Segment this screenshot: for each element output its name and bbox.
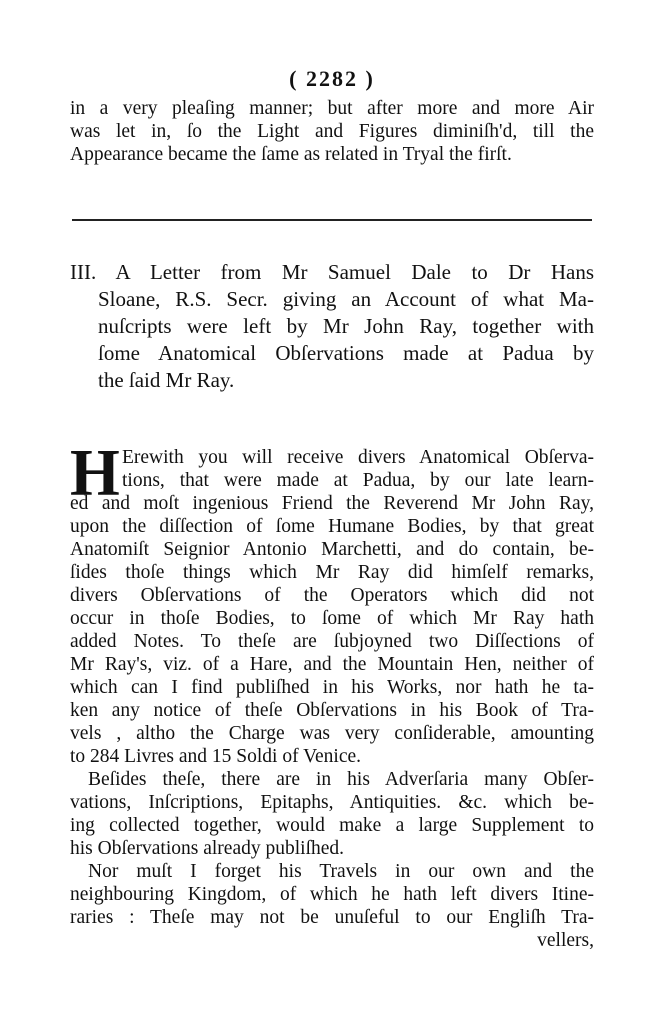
text-line: ing collected together, would make a lar… xyxy=(70,814,594,837)
text-line: Erewith you will receive divers Anatomic… xyxy=(70,446,594,469)
text-line: to 284 Livres and 15 Soldi of Venice. xyxy=(70,745,594,768)
text-line: raries : Theſe may not be unuſeful to ou… xyxy=(70,906,594,929)
text-line: was let in, ſo the Light and Figures dim… xyxy=(70,120,594,143)
title-line: ſome Anatomical Obſervations made at Pad… xyxy=(70,340,594,367)
text-line: in a very pleaſing manner; but after mor… xyxy=(70,97,594,120)
title-line: nuſcripts were left by Mr John Ray, toge… xyxy=(70,313,594,340)
text-line: divers Obſervations of the Operators whi… xyxy=(70,584,594,607)
text-line: which can I find publiſhed in his Works,… xyxy=(70,676,594,699)
section-divider-rule xyxy=(72,219,592,221)
text-line: Appearance became the ſame as related in… xyxy=(70,143,594,166)
title-line: the ſaid Mr Ray. xyxy=(70,367,594,394)
catchword: vellers, xyxy=(70,929,594,952)
text-line: ken any notice of theſe Obſervations in … xyxy=(70,699,594,722)
text-line: Nor muſt I forget his Travels in our own… xyxy=(70,860,594,883)
text-line: ſides thoſe things which Mr Ray did himſ… xyxy=(70,561,594,584)
text-line: his Obſervations already publiſhed. xyxy=(70,837,594,860)
paragraph: Erewith you will receive divers Anatomic… xyxy=(70,446,594,768)
continuation-text: in a very pleaſing manner; but after mor… xyxy=(70,97,594,166)
text-line: added Notes. To theſe are ſubjoyned two … xyxy=(70,630,594,653)
text-line: ed and moſt ingenious Friend the Reveren… xyxy=(70,492,594,515)
drop-cap-initial: H xyxy=(70,446,120,499)
article-body: H Erewith you will receive divers Anatom… xyxy=(70,446,594,952)
text-line: neighbouring Kingdom, of which he hath l… xyxy=(70,883,594,906)
text-line: Beſides theſe, there are in his Adverſar… xyxy=(70,768,594,791)
page-number: ( 2282 ) xyxy=(0,66,664,92)
text-line: Mr Ray's, viz. of a Hare, and the Mounta… xyxy=(70,653,594,676)
article-title: III. A Letter from Mr Samuel Dale to Dr … xyxy=(70,259,594,394)
paragraph: Beſides theſe, there are in his Adverſar… xyxy=(70,768,594,860)
text-line: Anatomiſt Seignior Antonio Marchetti, an… xyxy=(70,538,594,561)
text-line: upon the diſſection of ſome Humane Bodie… xyxy=(70,515,594,538)
text-line: vels , altho the Charge was very conſide… xyxy=(70,722,594,745)
paragraph: Nor muſt I forget his Travels in our own… xyxy=(70,860,594,929)
text-line: occur in thoſe Bodies, to ſome of which … xyxy=(70,607,594,630)
title-line: Sloane, R.S. Secr. giving an Account of … xyxy=(70,286,594,313)
text-line: vations, Inſcriptions, Epitaphs, Antiqui… xyxy=(70,791,594,814)
title-line: III. A Letter from Mr Samuel Dale to Dr … xyxy=(70,259,594,286)
text-line: tions, that were made at Padua, by our l… xyxy=(70,469,594,492)
